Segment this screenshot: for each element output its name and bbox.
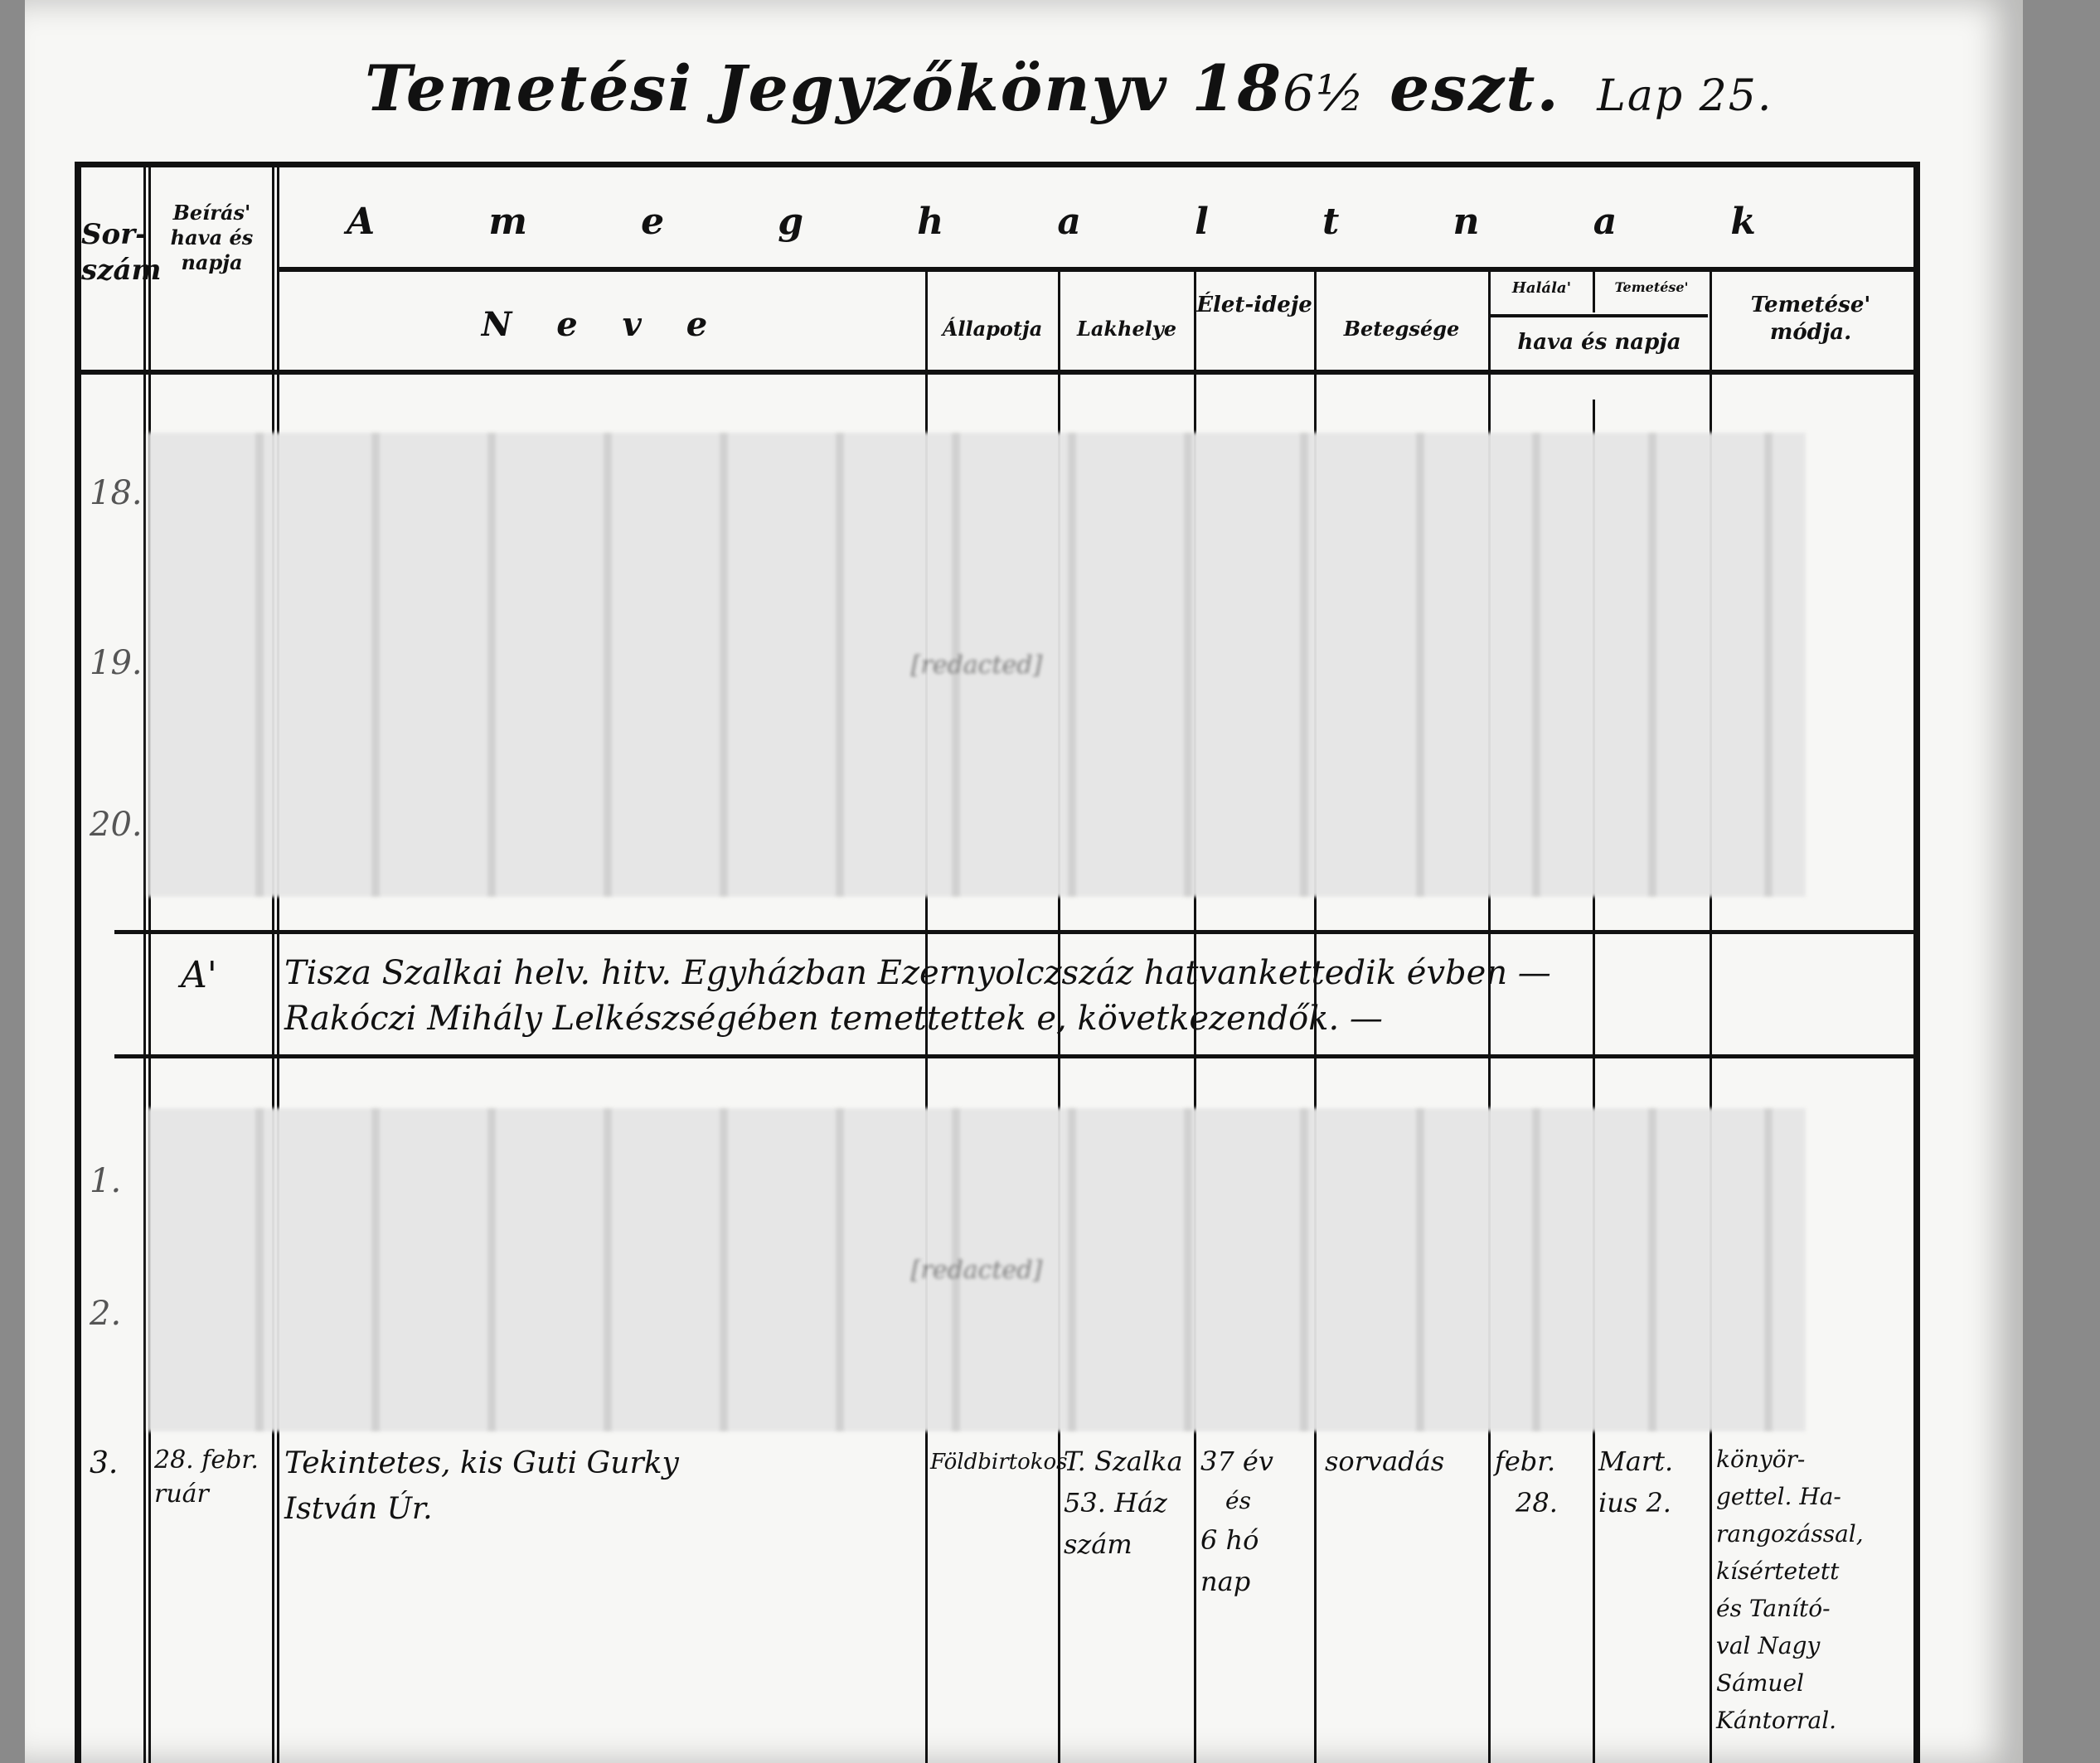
entry-name-line-2: István Úr.: [284, 1489, 433, 1530]
title-text: Temetési Jegyzőkönyv 18: [365, 51, 1283, 125]
entry-lakhelye-1: T. Szalka: [1064, 1444, 1183, 1480]
entry-sorszam: 3.: [90, 1444, 118, 1485]
entry-eletideje-1: 37 év: [1200, 1444, 1273, 1480]
redacted-entries-18-20: [redacted]: [148, 433, 1806, 897]
col-beiras: Beírás' hava és napja: [152, 201, 272, 275]
entry-halala-1: febr.: [1495, 1444, 1555, 1480]
section-line-1: Tisza Szalkai helv. hitv. Egyházban Ezer…: [284, 951, 1551, 995]
row-number: 19.: [90, 644, 143, 682]
col-neve: N e v e: [280, 304, 925, 346]
row-number: 2.: [90, 1295, 121, 1333]
col-sorszam: Sor-szám: [81, 217, 143, 288]
entry-lakhelye-3: szám: [1064, 1527, 1132, 1562]
entry-halala-2: 28.: [1516, 1485, 1558, 1521]
entry-lakhelye-2: 53. Ház: [1064, 1485, 1167, 1521]
col-halala: Halála': [1491, 279, 1593, 298]
col-allapotja: Állapotja: [927, 317, 1058, 341]
entry-eletideje-2: és: [1225, 1485, 1251, 1517]
entry-name-line-1: Tekintetes, kis Guti Gurky: [284, 1444, 679, 1485]
row-number: 20.: [90, 806, 143, 844]
page-number: Lap 25.: [1597, 71, 1773, 121]
col-group-banner: Ameghaltnak: [347, 201, 1756, 243]
entry-eletideje-4: nap: [1200, 1564, 1250, 1600]
col-temetese-date: Temetése': [1595, 279, 1708, 296]
register-page: Temetési Jegyzőkönyv 186½ eszt. Lap 25. …: [25, 0, 2023, 1763]
year-handwritten: 6½: [1283, 65, 1365, 123]
entry-allapotja: Földbirtokos: [930, 1448, 1067, 1477]
entry-eletideje-3: 6 hó: [1200, 1523, 1259, 1558]
entry-betegsege: sorvadás: [1325, 1444, 1444, 1480]
entry-temetese-2: ius 2.: [1598, 1485, 1671, 1521]
col-lakhelye: Lakhelye: [1060, 317, 1194, 341]
col-temetese-modja: Temetése' módja.: [1711, 292, 1910, 346]
year-suffix: eszt.: [1389, 51, 1560, 125]
section-marker: A': [181, 951, 217, 1000]
row-number: 1.: [90, 1162, 121, 1200]
entry-beiras: 28. febr. ruár: [154, 1444, 270, 1511]
col-betegsege: Betegsége: [1317, 317, 1486, 341]
col-hava-es-napja: hava és napja: [1491, 329, 1708, 356]
entry-temetese-1: Mart.: [1598, 1444, 1673, 1480]
burial-register-table: Sor-szám Beírás' hava és napja Ameghaltn…: [75, 162, 1920, 1763]
redacted-entries-1-2: [redacted]: [148, 1108, 1806, 1431]
page-title: Temetési Jegyzőkönyv 186½ eszt. Lap 25.: [365, 51, 1773, 125]
section-line-2: Rakóczi Mihály Lelkészségében temettette…: [284, 996, 1383, 1041]
row-number: 18.: [90, 474, 143, 512]
col-eletideje: Élet-ideje: [1196, 292, 1312, 319]
